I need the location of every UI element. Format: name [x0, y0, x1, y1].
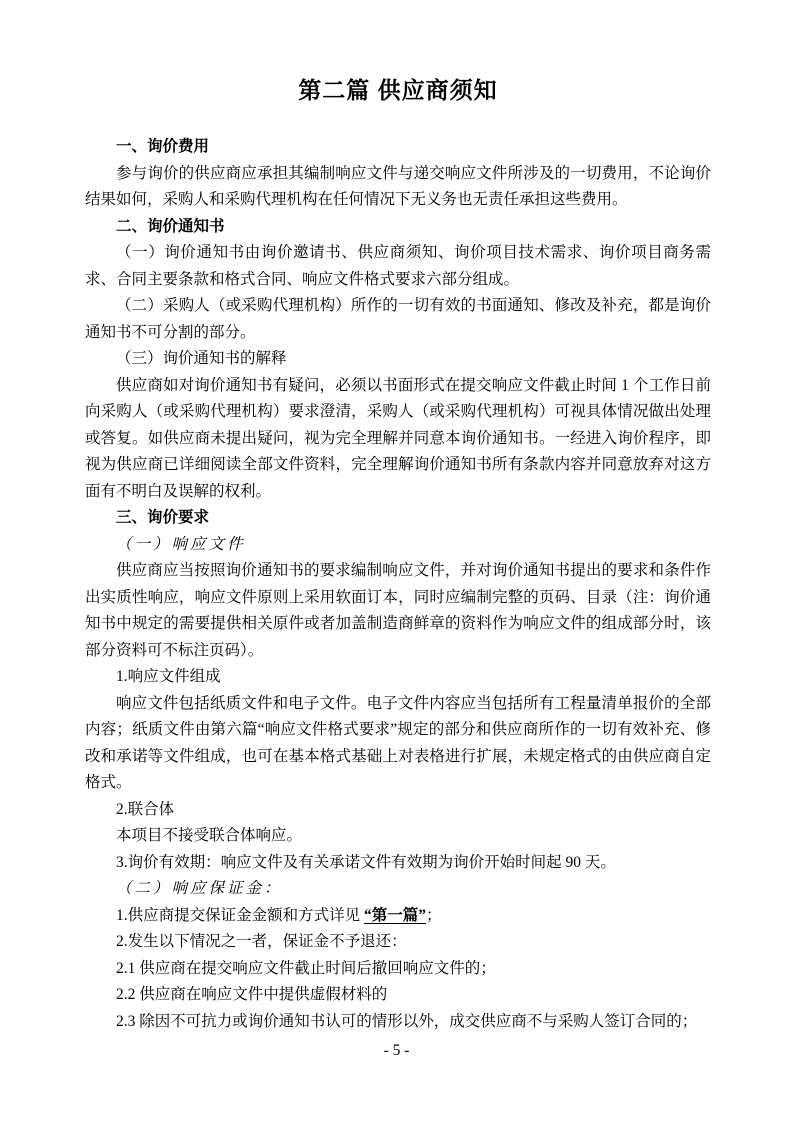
para-consortium-title: 2.联合体: [85, 797, 711, 824]
deposit-amount-before: 1.供应商提交保证金金额和方式详见: [116, 907, 364, 924]
para-deposit-amount: 1.供应商提交保证金金额和方式详见 “第一篇”；: [85, 903, 711, 930]
heading-inquiry-requirements: 三、询价要求: [85, 505, 711, 532]
para-consortium: 本项目不接受联合体响应。: [85, 823, 711, 850]
para-forfeit-2-3: 2.3 除因不可抗力或询价通知书认可的情形以外，成交供应商不与采购人签订合同的；: [85, 1009, 711, 1036]
para-response-doc-composition-title: 1.响应文件组成: [85, 664, 711, 691]
para-notice-amendments: （二）采购人（或采购代理机构）所作的一切有效的书面通知、修改及补充，都是询价通知…: [85, 293, 711, 346]
document-content: 第二篇 供应商须知 一、询价费用 参与询价的供应商应承担其编制响应文件与递交响应…: [85, 74, 711, 1035]
page-number: - 5 -: [0, 1040, 793, 1062]
heading-inquiry-cost: 一、询价费用: [85, 134, 711, 161]
para-notice-composition: （一）询价通知书由询价邀请书、供应商须知、询价项目技术需求、询价项目商务需求、合…: [85, 240, 711, 293]
para-forfeit-2-1: 2.1 供应商在提交响应文件截止时间后撤回响应文件的；: [85, 956, 711, 983]
para-deposit-forfeit: 2.发生以下情况之一者，保证金不予退还：: [85, 929, 711, 956]
document-title: 第二篇 供应商须知: [85, 74, 711, 106]
deposit-amount-section-ref: “第一篇”: [364, 907, 426, 924]
para-notice-interpretation-title: （三）询价通知书的解释: [85, 346, 711, 373]
deposit-amount-after: ；: [426, 907, 442, 924]
para-forfeit-2-2: 2.2 供应商在响应文件中提供虚假材料的: [85, 982, 711, 1009]
document-page: 第二篇 供应商须知 一、询价费用 参与询价的供应商应承担其编制响应文件与递交响应…: [0, 0, 793, 1122]
para-response-doc-composition: 响应文件包括纸质文件和电子文件。电子文件内容应当包括所有工程量清单报价的全部内容…: [85, 691, 711, 797]
para-inquiry-cost: 参与询价的供应商应承担其编制响应文件与递交响应文件所涉及的一切费用，不论询价结果…: [85, 161, 711, 214]
para-notice-interpretation: 供应商如对询价通知书有疑问，必须以书面形式在提交响应文件截止时间 1 个工作日前…: [85, 373, 711, 506]
subheading-response-deposit: （二）响应保证金：: [85, 876, 711, 903]
heading-inquiry-notice: 二、询价通知书: [85, 214, 711, 241]
para-response-documents: 供应商应当按照询价通知书的要求编制响应文件，并对询价通知书提出的要求和条件作出实…: [85, 558, 711, 664]
para-validity-period: 3.询价有效期：响应文件及有关承诺文件有效期为询价开始时间起 90 天。: [85, 850, 711, 877]
subheading-response-documents: （一）响应文件: [85, 532, 711, 559]
